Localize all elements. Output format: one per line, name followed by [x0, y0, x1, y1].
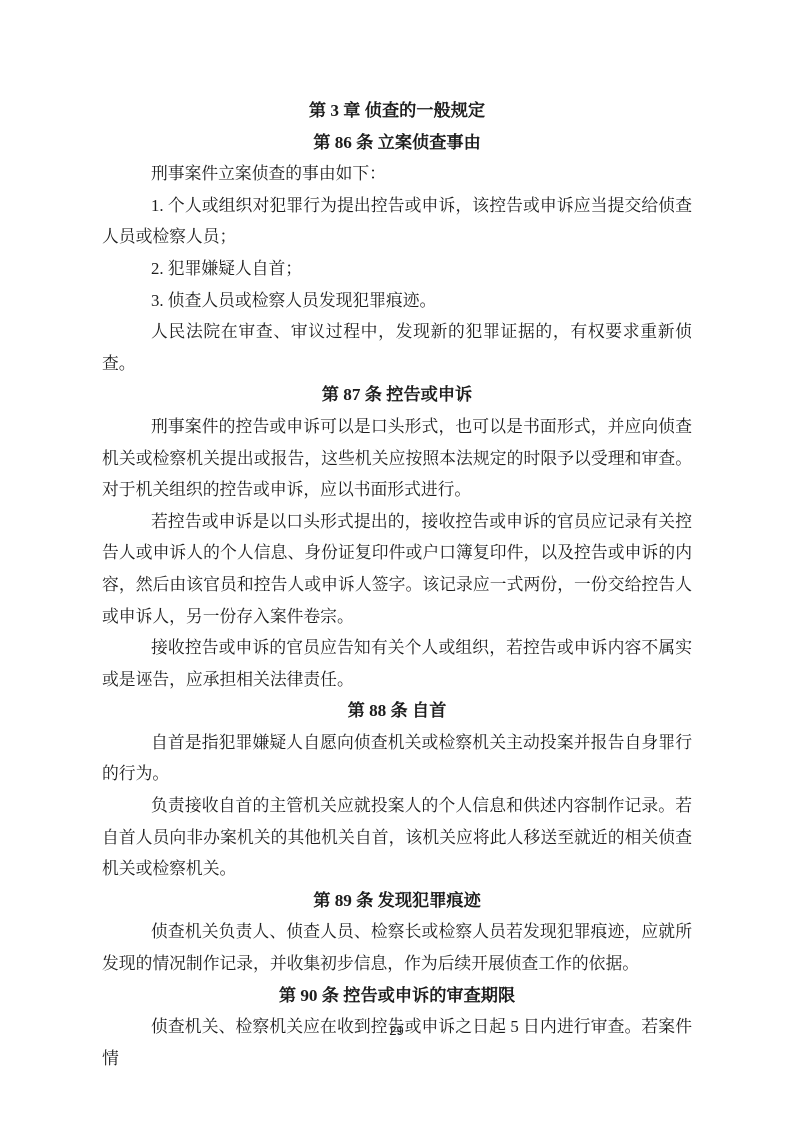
list-item: 2. 犯罪嫌疑人自首；: [102, 253, 692, 285]
paragraph: 刑事案件的控告或申诉可以是口头形式，也可以是书面形式，并应向侦查机关或检察机关提…: [102, 411, 692, 506]
page-number: 29: [0, 1023, 793, 1038]
document-body: 第 3 章 侦查的一般规定 第 86 条 立案侦查事由 刑事案件立案侦查的事由如…: [102, 95, 692, 1074]
article-heading-88: 第 88 条 自首: [102, 695, 692, 727]
paragraph: 自首是指犯罪嫌疑人自愿向侦查机关或检察机关主动投案并报告自身罪行的行为。: [102, 727, 692, 790]
paragraph: 刑事案件立案侦查的事由如下：: [102, 158, 692, 190]
paragraph: 侦查机关、检察机关应在收到控告或申诉之日起 5 日内进行审查。若案件情: [102, 1011, 692, 1074]
list-item: 3. 侦查人员或检察人员发现犯罪痕迹。: [102, 285, 692, 317]
paragraph: 人民法院在审查、审议过程中，发现新的犯罪证据的，有权要求重新侦查。: [102, 316, 692, 379]
article-heading-90: 第 90 条 控告或申诉的审查期限: [102, 980, 692, 1012]
chapter-heading: 第 3 章 侦查的一般规定: [102, 95, 692, 127]
list-item: 1. 个人或组织对犯罪行为提出控告或申诉，该控告或申诉应当提交给侦查人员或检察人…: [102, 190, 692, 253]
paragraph: 侦查机关负责人、侦查人员、检察长或检察人员若发现犯罪痕迹，应就所发现的情况制作记…: [102, 916, 692, 979]
paragraph: 若控告或申诉是以口头形式提出的，接收控告或申诉的官员应记录有关控告人或申诉人的个…: [102, 506, 692, 632]
article-heading-89: 第 89 条 发现犯罪痕迹: [102, 885, 692, 917]
document-page: 第 3 章 侦查的一般规定 第 86 条 立案侦查事由 刑事案件立案侦查的事由如…: [0, 0, 793, 1122]
paragraph: 负责接收自首的主管机关应就投案人的个人信息和供述内容制作记录。若自首人员向非办案…: [102, 790, 692, 885]
article-heading-87: 第 87 条 控告或申诉: [102, 379, 692, 411]
paragraph: 接收控告或申诉的官员应告知有关个人或组织，若控告或申诉内容不属实或是诬告，应承担…: [102, 632, 692, 695]
article-heading-86: 第 86 条 立案侦查事由: [102, 127, 692, 159]
